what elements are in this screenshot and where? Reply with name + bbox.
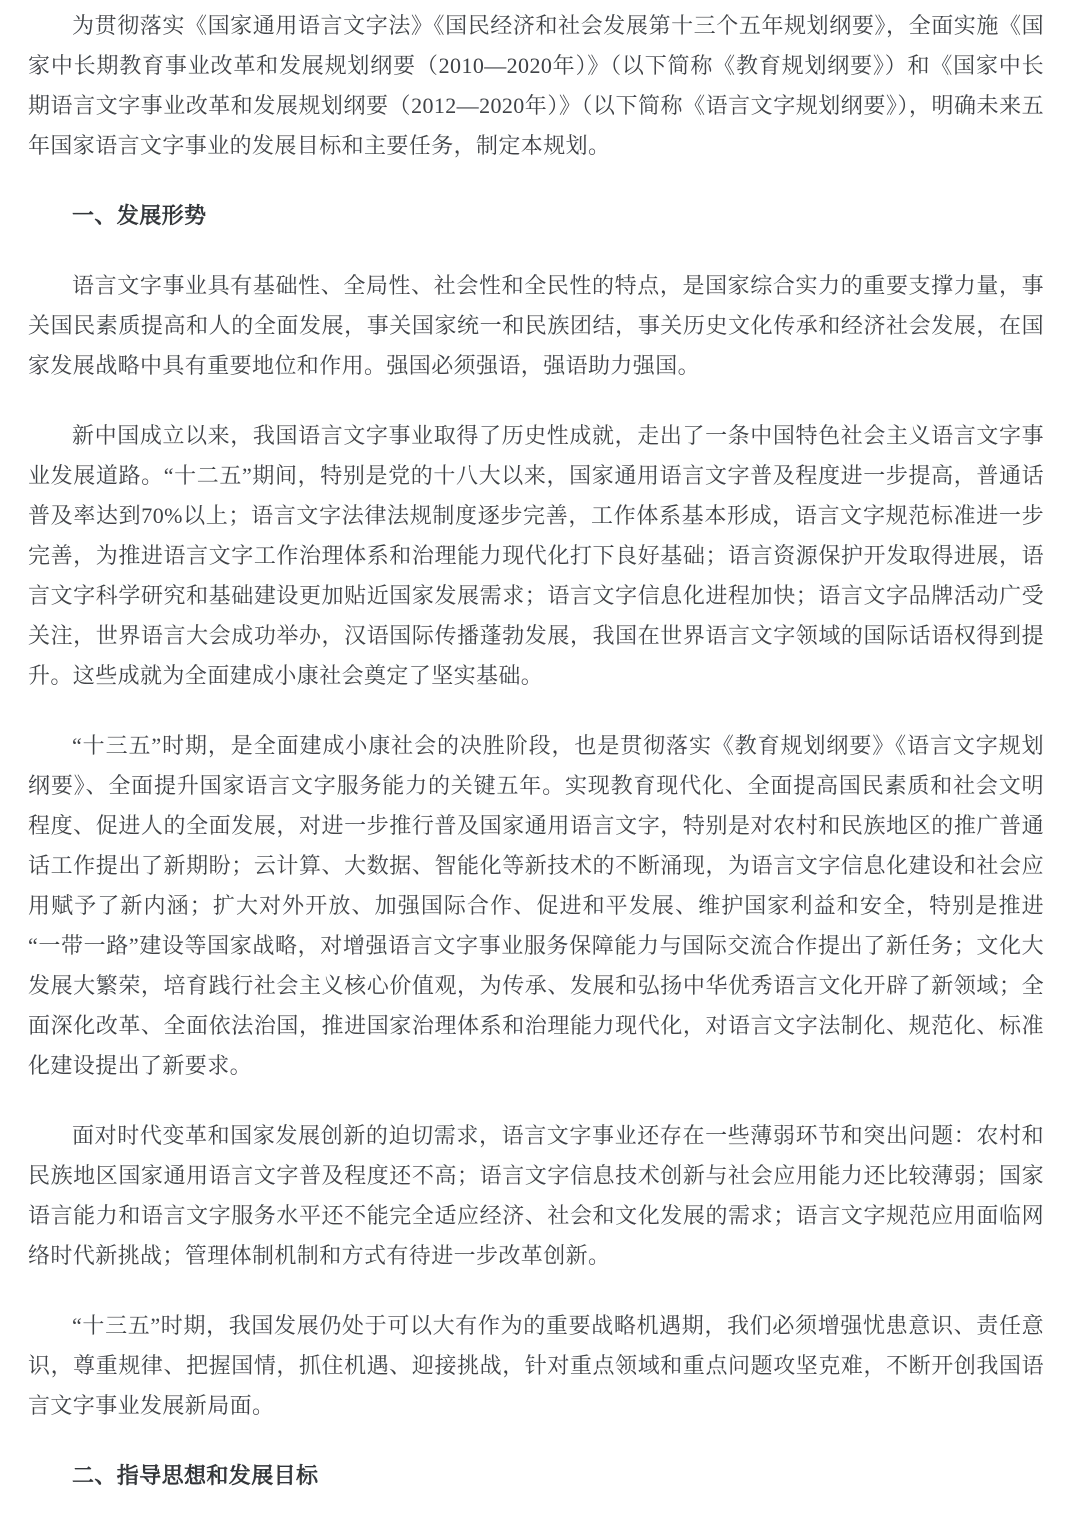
intro-paragraph: 为贯彻落实《国家通用语言文字法》《国民经济和社会发展第十三个五年规划纲要》，全面… [28, 6, 1044, 166]
paragraph-achievements: 新中国成立以来，我国语言文字事业取得了历史性成就，走出了一条中国特色社会主义语言… [28, 416, 1044, 696]
paragraph-problems: 面对时代变革和国家发展创新的迫切需求，语言文字事业还存在一些薄弱环节和突出问题：… [28, 1116, 1044, 1276]
section-heading-development-situation: 一、发展形势 [28, 196, 1044, 236]
document-page: 为贯彻落实《国家通用语言文字法》《国民经济和社会发展第十三个五年规划纲要》，全面… [0, 0, 1080, 1528]
paragraph-significance: 语言文字事业具有基础性、全局性、社会性和全民性的特点，是国家综合实力的重要支撑力… [28, 266, 1044, 386]
paragraph-strategic-opportunity: “十三五”时期，我国发展仍处于可以大有作为的重要战略机遇期，我们必须增强忧患意识… [28, 1306, 1044, 1426]
section-heading-guiding-ideology: 二、指导思想和发展目标 [28, 1456, 1044, 1496]
paragraph-13th-five-year-context: “十三五”时期，是全面建成小康社会的决胜阶段，也是贯彻落实《教育规划纲要》《语言… [28, 726, 1044, 1086]
